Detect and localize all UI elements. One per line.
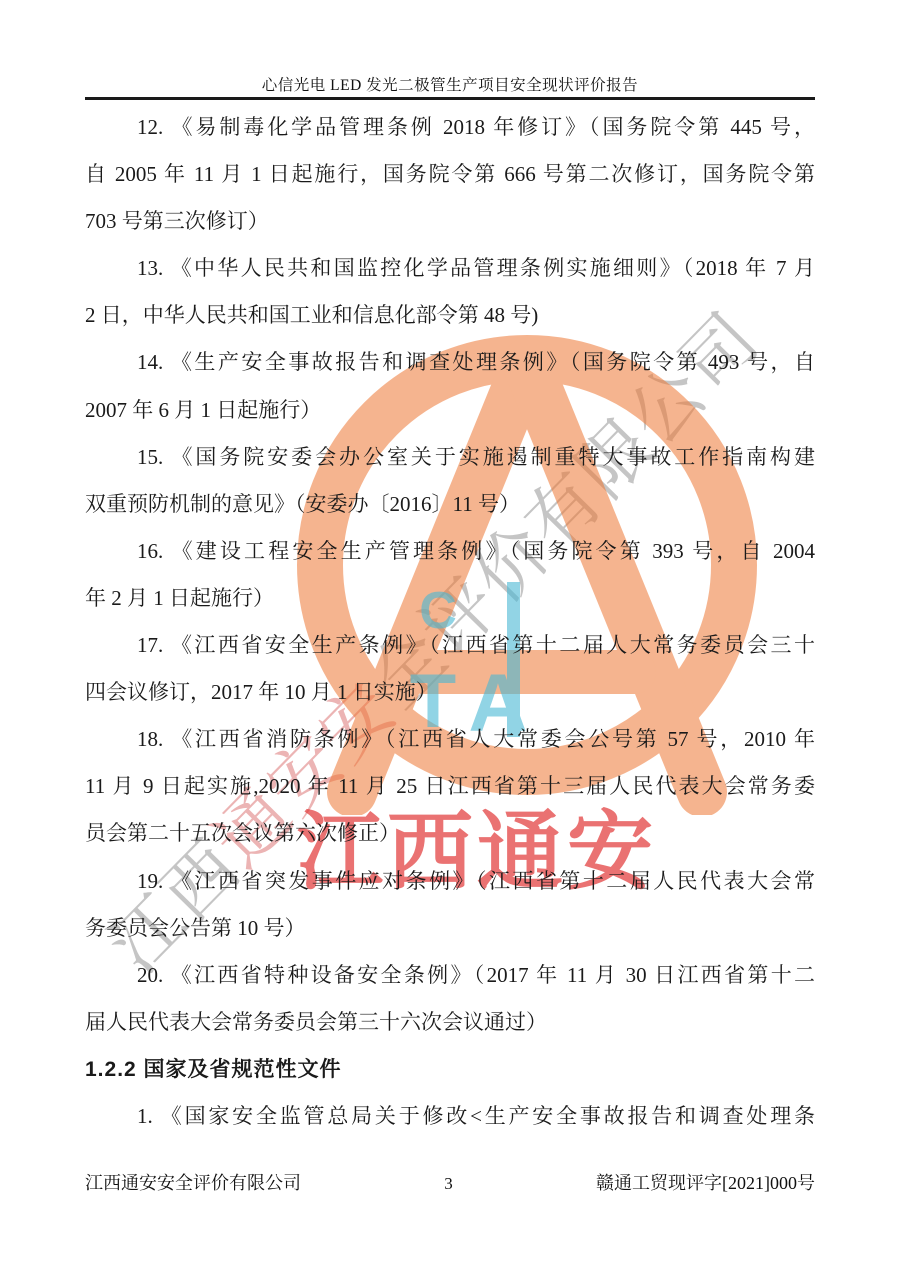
running-header-title: 心信光电 LED 发光二极管生产项目安全现状评价报告 [0,73,900,95]
body-line: 双重预防机制的意见》（安委办〔2016〕11 号） [85,481,815,528]
body-line: 13. 《中华人民共和国监控化学品管理条例实施细则》（2018 年 7 月 [85,245,815,292]
body-line: 届人民代表大会常务委员会第三十六次会议通过） [85,999,815,1046]
body-line: 2007 年 6 月 1 日起施行） [85,387,815,434]
body-line: 1. 《国家安全监管总局关于修改<生产安全事故报告和调查处理条 [85,1093,815,1140]
body-line: 20. 《江西省特种设备安全条例》（2017 年 11 月 30 日江西省第十二 [85,952,815,999]
body-line: 18. 《江西省消防条例》（江西省人大常委会公号第 57 号，2010 年 [85,716,815,763]
document-page: 江西通安安全评价有限公司 C T A 江西通安 心信光电 LED 发光二极管生产… [0,0,900,1272]
body-line: 703 号第三次修订） [85,198,815,245]
section-heading: 1.2.2 国家及省规范性文件 [85,1046,815,1093]
body-line: 14. 《生产安全事故报告和调查处理条例》（国务院令第 493 号，自 [85,339,815,386]
body-line: 12. 《易制毒化学品管理条例 2018 年修订》（国务院令第 445 号， [85,104,815,151]
body-line: 务委员会公告第 10 号） [85,905,815,952]
body-line: 年 2 月 1 日起施行） [85,575,815,622]
footer-page-number: 3 [444,1174,453,1194]
body-line: 四会议修订，2017 年 10 月 1 日实施） [85,669,815,716]
body-text: 12. 《易制毒化学品管理条例 2018 年修订》（国务院令第 445 号，自 … [85,104,815,1140]
body-line: 15. 《国务院安委会办公室关于实施遏制重特大事故工作指南构建 [85,434,815,481]
body-line: 11 月 9 日起实施,2020 年 11 月 25 日江西省第十三届人民代表大… [85,763,815,810]
body-line: 17. 《江西省安全生产条例》（江西省第十二届人大常务委员会三十 [85,622,815,669]
body-line: 自 2005 年 11 月 1 日起施行，国务院令第 666 号第二次修订，国务… [85,151,815,198]
body-line: 19. 《江西省突发事件应对条例》（江西省第十二届人民代表大会常 [85,858,815,905]
body-line: 16. 《建设工程安全生产管理条例》（国务院令第 393 号，自 2004 [85,528,815,575]
footer-doc-number: 赣通工贸现评字[2021]000号 [596,1169,815,1195]
header-rule [85,97,815,100]
body-line: 员会第二十五次会议第六次修正） [85,810,815,857]
page-footer: 江西通安安全评价有限公司 3 赣通工贸现评字[2021]000号 [85,1169,815,1195]
footer-company-name: 江西通安安全评价有限公司 [85,1169,301,1195]
body-line: 2 日，中华人民共和国工业和信息化部令第 48 号) [85,292,815,339]
